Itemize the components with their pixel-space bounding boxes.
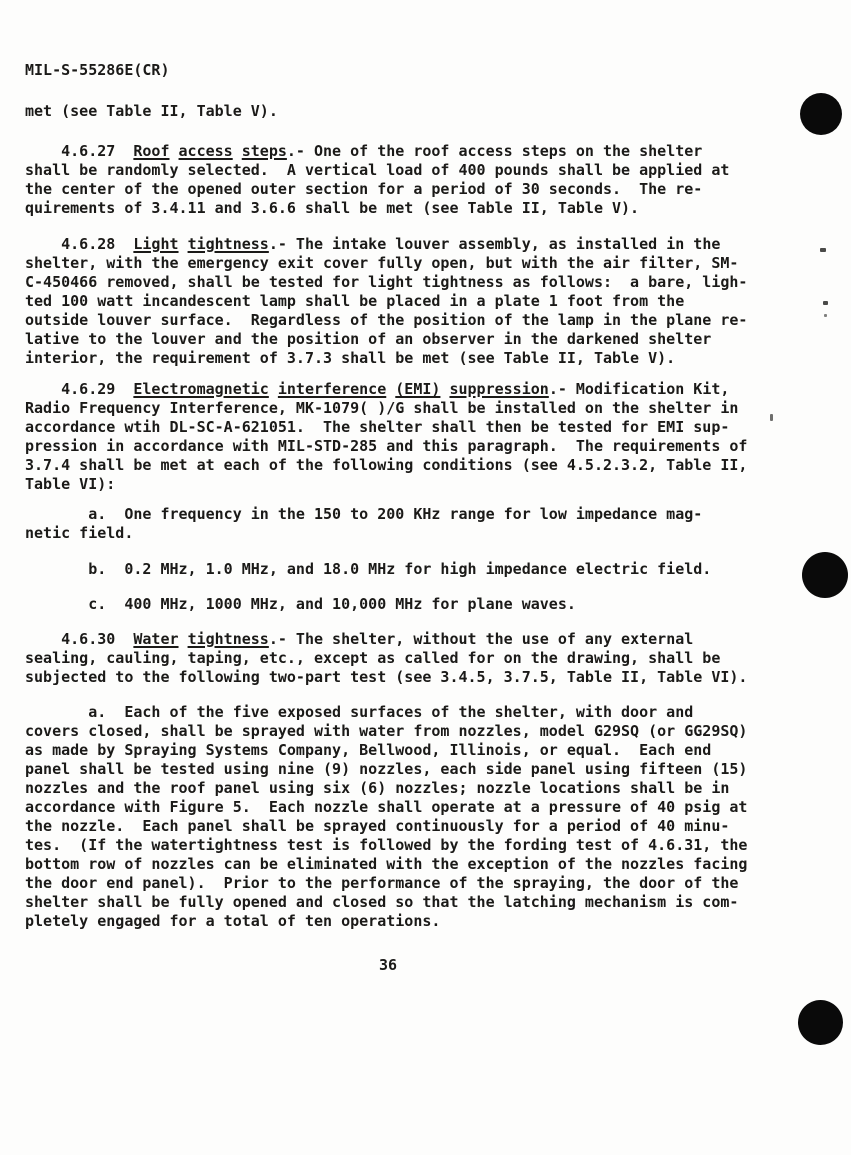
underlined-heading-word: Electromagnetic [133, 380, 268, 398]
text-line: the door end panel). Prior to the perfor… [25, 874, 747, 893]
paragraph-s4629a: a. One frequency in the 150 to 200 KHz r… [25, 505, 702, 543]
punch-hole-middle [802, 552, 848, 598]
text-line: sealing, cauling, taping, etc., except a… [25, 649, 747, 668]
paragraph-intro: met (see Table II, Table V). [25, 102, 278, 121]
text-line: the nozzle. Each panel shall be sprayed … [25, 817, 747, 836]
underlined-heading-word: Water [133, 630, 178, 648]
underlined-heading-word: interference [278, 380, 386, 398]
text-line: nozzles and the roof panel using six (6)… [25, 779, 747, 798]
text-line: subjected to the following two-part test… [25, 668, 747, 687]
text-line: shelter, with the emergency exit cover f… [25, 254, 747, 273]
text-line: accordance with Figure 5. Each nozzle sh… [25, 798, 747, 817]
text-line: b. 0.2 MHz, 1.0 MHz, and 18.0 MHz for hi… [25, 560, 711, 579]
text-line: pletely engaged for a total of ten opera… [25, 912, 747, 931]
text-line: the center of the opened outer section f… [25, 180, 729, 199]
paragraph-s4630: 4.6.30 Water tightness.- The shelter, wi… [25, 630, 747, 687]
text-line: met (see Table II, Table V). [25, 102, 278, 121]
paragraph-s4629c: c. 400 MHz, 1000 MHz, and 10,000 MHz for… [25, 595, 576, 614]
punch-hole-top [800, 93, 842, 135]
paragraph-heading-line: 4.6.30 Water tightness.- The shelter, wi… [25, 630, 747, 649]
text-line: bottom row of nozzles can be eliminated … [25, 855, 747, 874]
underlined-heading-word: suppression [449, 380, 548, 398]
paragraph-heading-line: 4.6.27 Roof access steps.- One of the ro… [25, 142, 729, 161]
text-line: shelter shall be fully opened and closed… [25, 893, 747, 912]
scan-speck [824, 314, 827, 317]
paragraph-s4629b: b. 0.2 MHz, 1.0 MHz, and 18.0 MHz for hi… [25, 560, 711, 579]
paragraph-s4630a: a. Each of the five exposed surfaces of … [25, 703, 747, 931]
text-line: interior, the requirement of 3.7.3 shall… [25, 349, 747, 368]
document-body: met (see Table II, Table V). 4.6.27 Roof… [0, 0, 851, 1155]
text-line: c. 400 MHz, 1000 MHz, and 10,000 MHz for… [25, 595, 576, 614]
text-line: as made by Spraying Systems Company, Bel… [25, 741, 747, 760]
text-line: quirements of 3.4.11 and 3.6.6 shall be … [25, 199, 729, 218]
text-line: pression in accordance with MIL-STD-285 … [25, 437, 747, 456]
text-line: shall be randomly selected. A vertical l… [25, 161, 729, 180]
text-line: C-450466 removed, shall be tested for li… [25, 273, 747, 292]
underlined-heading-word: (EMI) [395, 380, 440, 398]
paragraph-s4628: 4.6.28 Light tightness.- The intake louv… [25, 235, 747, 368]
underlined-heading-word: Roof [133, 142, 169, 160]
underlined-heading-word: Light [133, 235, 178, 253]
text-line: a. One frequency in the 150 to 200 KHz r… [25, 505, 702, 524]
text-line: Radio Frequency Interference, MK-1079( )… [25, 399, 747, 418]
text-line: ted 100 watt incandescent lamp shall be … [25, 292, 747, 311]
underlined-heading-word: tightness [188, 235, 269, 253]
text-line: panel shall be tested using nine (9) noz… [25, 760, 747, 779]
text-line: accordance wtih DL-SC-A-621051. The shel… [25, 418, 747, 437]
punch-hole-bottom [798, 1000, 843, 1045]
text-line: netic field. [25, 524, 702, 543]
scan-speck [823, 301, 828, 305]
paragraph-s4629: 4.6.29 Electromagnetic interference (EMI… [25, 380, 747, 494]
underlined-heading-word: access [179, 142, 233, 160]
text-line: lative to the louver and the position of… [25, 330, 747, 349]
text-line: 3.7.4 shall be met at each of the follow… [25, 456, 747, 475]
scan-speck [820, 248, 826, 252]
text-line: outside louver surface. Regardless of th… [25, 311, 747, 330]
paragraph-heading-line: 4.6.29 Electromagnetic interference (EMI… [25, 380, 747, 399]
page-number: 36 [25, 956, 751, 975]
scan-speck [770, 414, 773, 421]
paragraph-s4627: 4.6.27 Roof access steps.- One of the ro… [25, 142, 729, 218]
text-line: covers closed, shall be sprayed with wat… [25, 722, 747, 741]
paragraph-heading-line: 4.6.28 Light tightness.- The intake louv… [25, 235, 747, 254]
text-line: Table VI): [25, 475, 747, 494]
underlined-heading-word: tightness [188, 630, 269, 648]
underlined-heading-word: steps [242, 142, 287, 160]
document-page: MIL-S-55286E(CR) met (see Table II, Tabl… [0, 0, 851, 1155]
text-line: tes. (If the watertightness test is foll… [25, 836, 747, 855]
text-line: a. Each of the five exposed surfaces of … [25, 703, 747, 722]
